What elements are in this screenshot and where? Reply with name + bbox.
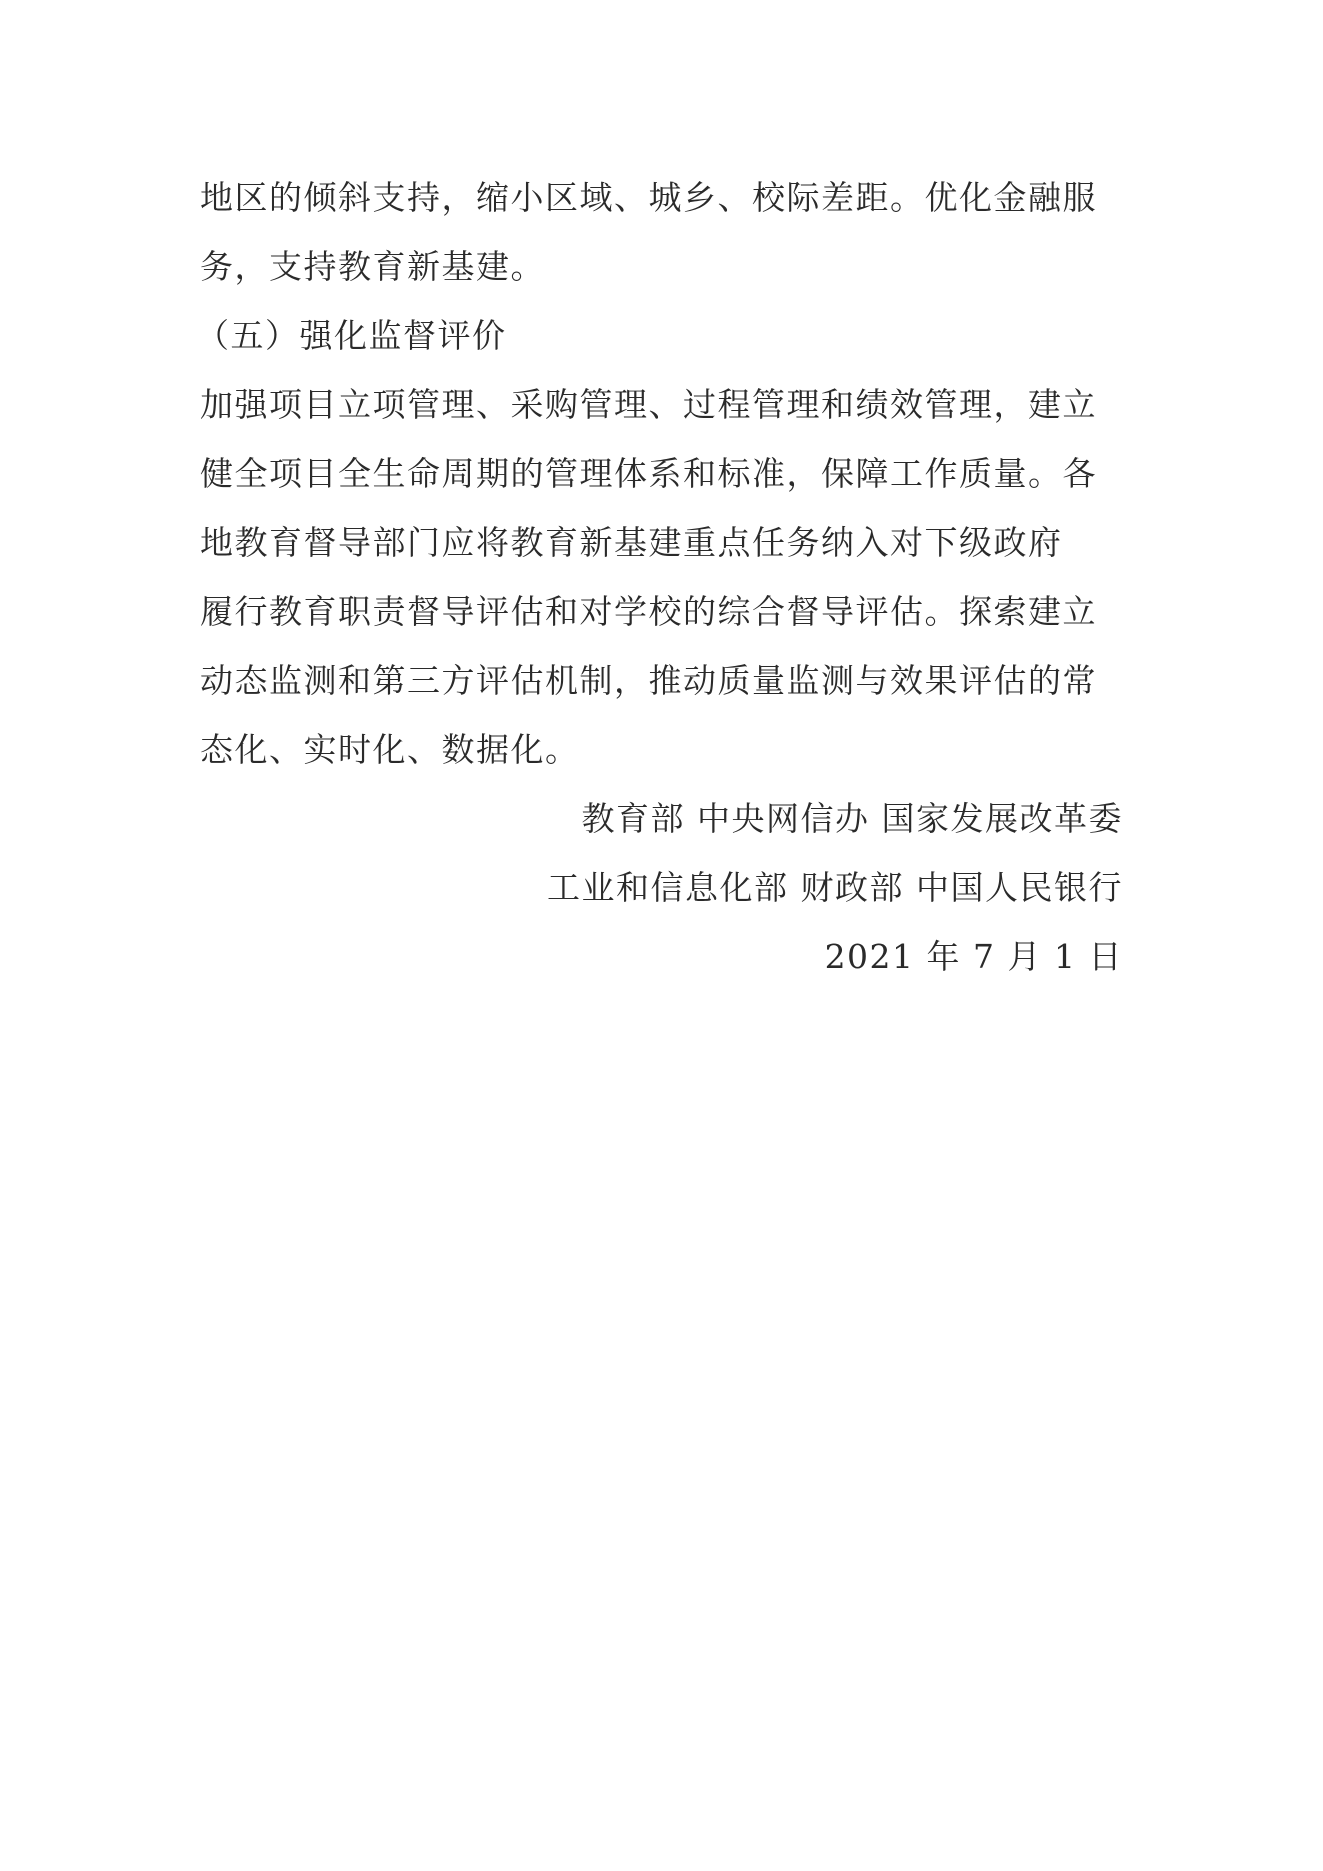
document-page: 地区的倾斜支持，缩小区域、城乡、校际差距。优化金融服 务，支持教育新基建。 （五… (0, 0, 1323, 1871)
paragraph-continued-line-2: 务，支持教育新基建。 (200, 247, 1130, 287)
section-heading: （五）强化监督评价 (196, 316, 1126, 356)
signature-issuers-line-2: 工业和信息化部 财政部 中国人民银行 (547, 868, 1123, 908)
paragraph-main-line-3: 地教育督导部门应将教育新基建重点任务纳入对下级政府 (200, 523, 1130, 563)
paragraph-main-line-4: 履行教育职责督导评估和对学校的综合督导评估。探索建立 (200, 592, 1130, 632)
paragraph-main-line-6: 态化、实时化、数据化。 (200, 730, 1130, 770)
signature-date: 2021 年 7 月 1 日 (825, 937, 1123, 977)
paragraph-main-line-2: 健全项目全生命周期的管理体系和标准，保障工作质量。各 (200, 454, 1130, 494)
signature-issuers-line-1: 教育部 中央网信办 国家发展改革委 (582, 799, 1123, 839)
paragraph-main-line-1: 加强项目立项管理、采购管理、过程管理和绩效管理，建立 (200, 385, 1130, 425)
paragraph-main-line-5: 动态监测和第三方评估机制，推动质量监测与效果评估的常 (200, 661, 1130, 701)
paragraph-continued-line-1: 地区的倾斜支持，缩小区域、城乡、校际差距。优化金融服 (200, 178, 1130, 218)
